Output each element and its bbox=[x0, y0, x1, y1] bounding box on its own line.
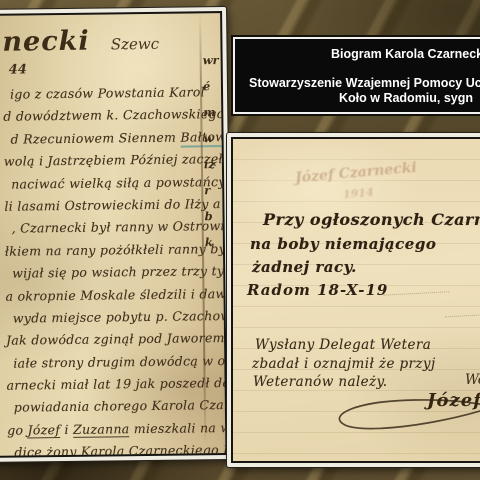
manuscript-line: powiadania chorego Karola Czarneckiego bbox=[14, 395, 225, 420]
right-document-frame: Józef Czarnecki 1914 Przy ogłoszonych Cz… bbox=[227, 133, 480, 467]
manuscript-year: 44 bbox=[9, 61, 221, 78]
ink-bleedthrough-year: 1914 bbox=[342, 186, 374, 202]
line-fragment: mieszkali na wsi bbox=[129, 420, 227, 436]
archival-collage: necki Szewc 44 igo z czasów Powstania Ka… bbox=[0, 0, 480, 480]
note-line: Przy ogłoszonych Czarn bbox=[263, 211, 480, 229]
manuscript-line: a okropnie Moskale śledzili i dawali bbox=[5, 283, 223, 308]
manuscript-line-family: go Józef i Zuzanna mieszkali na wsi bbox=[7, 417, 225, 442]
manuscript-line: iałe strony drugim dowódcą w owem bbox=[13, 350, 224, 375]
left-document-paper: necki Szewc 44 igo z czasów Powstania Ka… bbox=[0, 11, 227, 458]
line-fragment: d Rzecuniowem Siennem bbox=[11, 129, 181, 146]
left-document-text: necki Szewc 44 igo z czasów Powstania Ka… bbox=[0, 13, 226, 458]
date-line: Radom 18-X-19 bbox=[247, 281, 388, 299]
signature-text: Józef W bbox=[427, 391, 480, 411]
edge-fragment: b bbox=[204, 203, 221, 229]
line-fragment: i bbox=[60, 422, 73, 437]
caption-reference: Koło w Radomiu, sygn bbox=[235, 91, 480, 106]
edge-fragment: w bbox=[203, 125, 220, 151]
manuscript-line: wijał się po wsiach przez trzy tygodnie bbox=[12, 260, 223, 285]
left-document-frame: necki Szewc 44 igo z czasów Powstania Ka… bbox=[0, 7, 232, 462]
caption-box: Biogram Karola Czarneckie Stowarzyszenie… bbox=[233, 37, 480, 114]
manuscript-line-baltowem: d Rzecuniowem Siennem Bałtowem bbox=[10, 126, 221, 151]
edge-fragment: é bbox=[203, 73, 220, 99]
manuscript-line: łkiem na rany pożółkłeli ranny był bbox=[5, 238, 223, 263]
edge-fragment: m bbox=[203, 99, 220, 125]
reply-line: Wysłany Delegat Wetera bbox=[255, 337, 431, 354]
underlined-name: Józef bbox=[27, 422, 60, 438]
pencil-scribble bbox=[383, 283, 449, 295]
manuscript-title: necki bbox=[2, 26, 90, 58]
edge-fragment: r bbox=[204, 177, 221, 203]
manuscript-line: arnecki miał lat 19 jak poszedł do bbox=[6, 372, 224, 397]
caption-title: Biogram Karola Czarneckie bbox=[235, 47, 480, 62]
pencil-scribble bbox=[445, 306, 480, 318]
note-line: na boby niemającego bbox=[250, 235, 436, 253]
underlying-page-fragments: wr é m w iż r b k bbox=[202, 47, 222, 255]
manuscript-line: Jak dowódca zginął pod Jaworem a bbox=[6, 327, 224, 352]
manuscript-subtitle: Szewc bbox=[111, 35, 160, 54]
line-fragment: go bbox=[7, 422, 28, 437]
right-document-paper: Józef Czarnecki 1914 Przy ogłoszonych Cz… bbox=[231, 137, 480, 463]
edge-fragment: wr bbox=[202, 47, 219, 73]
manuscript-line: dice żony Karola Czarneckiego Francisz bbox=[14, 439, 225, 458]
edge-fragment: k bbox=[205, 229, 222, 255]
reply-line: zbadał i oznajmił że przyj bbox=[252, 356, 436, 373]
manuscript-line: li lasami Ostrowieckimi do Iłży a bbox=[4, 193, 222, 218]
manuscript-line: naciwać wielką siłą a powstańcy zmu- bbox=[11, 171, 222, 196]
note-line: żadnej racy. bbox=[252, 258, 357, 276]
manuscript-line: igo z czasów Powstania Karol bbox=[10, 81, 221, 106]
caption-source: Stowarzyszenie Wzajemnej Pomocy Ucze bbox=[235, 76, 480, 91]
underlined-name: Zuzanna bbox=[73, 421, 130, 438]
ink-bleedthrough-text: Józef Czarnecki bbox=[295, 160, 418, 187]
manuscript-line: d dowództwem k. Czachowskiego służył bbox=[3, 103, 221, 128]
manuscript-line: wyda miejsce pobytu p. Czachowskiego bbox=[13, 305, 224, 330]
manuscript-line: wolą i Jastrzębiem Później zaczęło się bbox=[4, 148, 222, 173]
edge-fragment: iż bbox=[204, 151, 221, 177]
manuscript-line: , Czarnecki był ranny w Ostrowieckich bbox=[12, 215, 223, 240]
